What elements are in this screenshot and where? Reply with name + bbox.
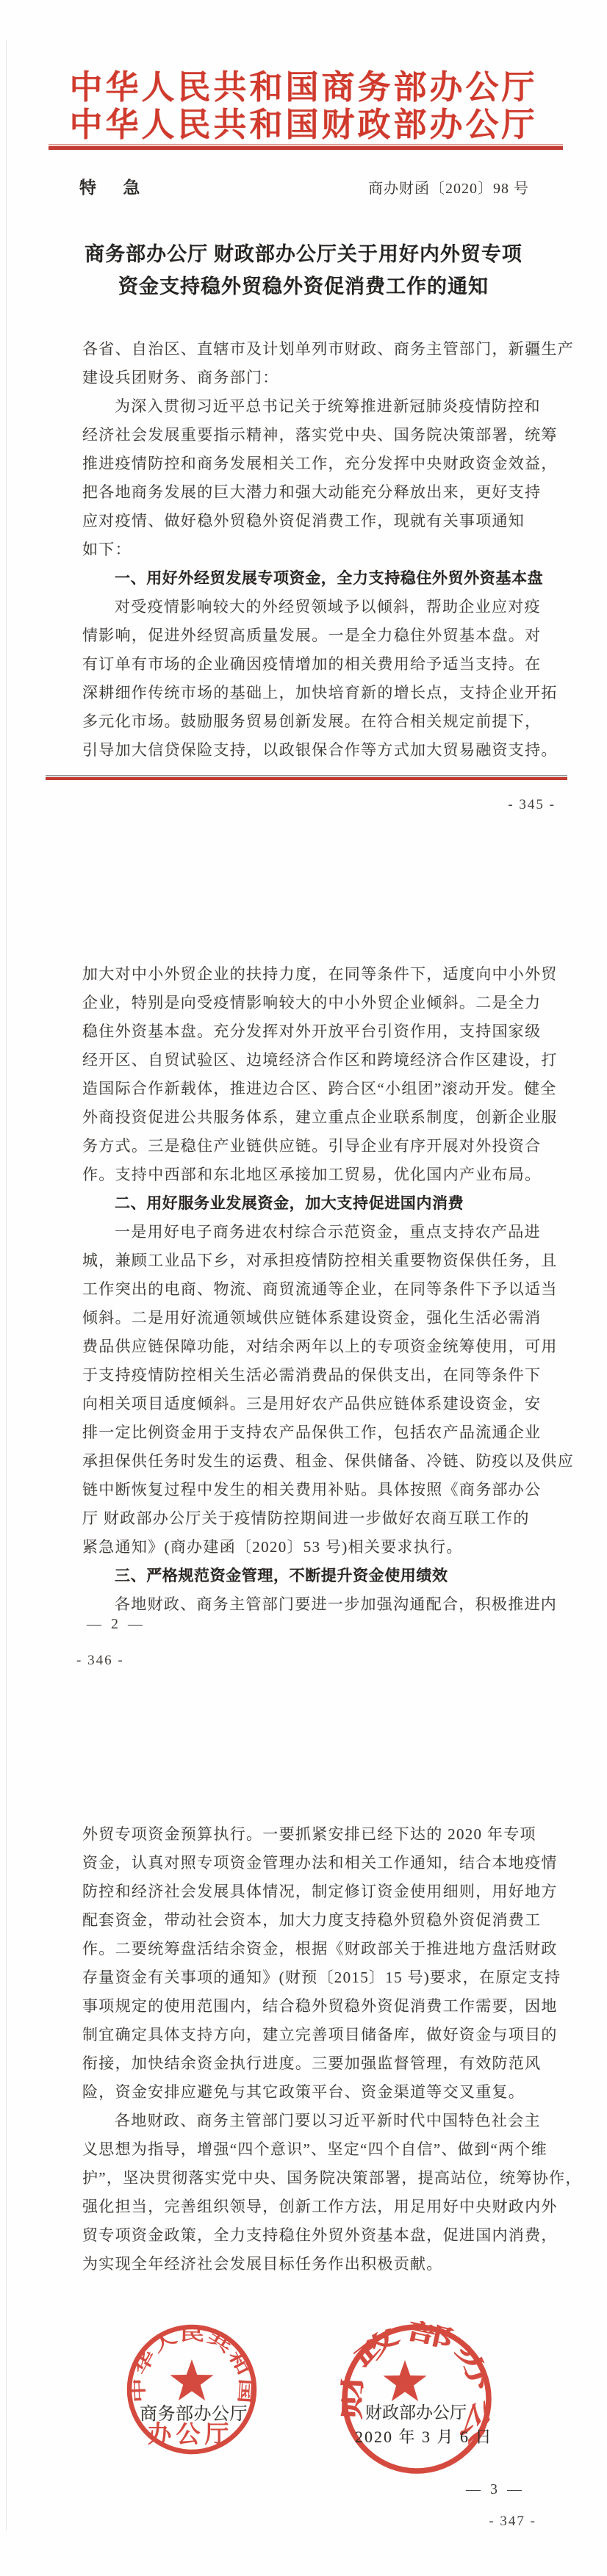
masthead-line-1: 中华人民共和国商务部办公厅: [0, 69, 607, 107]
scan-edge-artifact: [6, 40, 7, 2530]
doc-page-number-3: — 3 —: [466, 2481, 525, 2498]
text-line: 排一定比例资金用于支持农产品保供工作，包括农产品流通企业: [82, 1418, 556, 1447]
text-line: 配套资金，带动社会资本，加大力度支持稳外贸稳外资促消费工: [82, 1906, 556, 1935]
text-line: 工作突出的电商、物流、商贸流通等企业，在同等条件下予以适当: [82, 1275, 556, 1304]
body-sheet-2: 加大对中小外贸企业的扶持力度，在同等条件下，适度向中小外贸企业，特别是向受疫情影…: [82, 960, 556, 1619]
text-line: 于支持疫情防控相关生活必需消费品的保供支出，在同等条件下: [82, 1361, 556, 1390]
text-line: 事项规定的使用范围内，结合稳外贸稳外资促消费工作需要，因地: [82, 1992, 556, 2021]
signature-mofcom-office: 商务部办公厅: [140, 2399, 248, 2425]
title-line-2: 资金支持稳外贸稳外资促消费工作的通知: [0, 270, 607, 303]
text-line: 厅 财政部办公厅关于疫情防控期间进一步做好农商互联工作的: [82, 1504, 556, 1533]
text-line: 稳住外资基本盘。充分发挥对外开放平台引资作用，支持国家级: [82, 1017, 556, 1046]
text-line: 经济社会发展重要指示精神，落实党中央、国务院决策部署，统筹: [82, 421, 556, 450]
text-line: 链中断恢复过程中发生的相关费用补贴。具体按照《商务部办公: [82, 1476, 556, 1504]
masthead-rule: [49, 144, 563, 150]
text-line: 把各地商务发展的巨大潜力和强大动能充分释放出来，更好支持: [82, 478, 556, 507]
text-line: 有订单有市场的企业确因疫情增加的相关费用给予适当支持。在: [82, 650, 556, 679]
masthead-line-2: 中华人民共和国财政部办公厅: [0, 107, 607, 144]
text-line: 承担保供任务时发生的运费、租金、保供储备、冷链、防疫以及供应: [82, 1447, 556, 1476]
text-line: 强化担当，完善组织领导，创新工作方法，用足用好中央财政内外: [82, 2193, 556, 2221]
document-title: 商务部办公厅 财政部办公厅关于用好内外贸专项 资金支持稳外贸稳外资促消费工作的通…: [0, 238, 607, 303]
text-line: 深耕细作传统市场的基础上，加快培育新的增长点，支持企业开拓: [82, 679, 556, 707]
text-line: 衔接，加快结余资金执行进度。三要加强监督管理，有效防范风: [82, 2049, 556, 2078]
text-line: 引导加大信贷保险支持，以政银保合作等方式加大贸易融资支持。: [82, 736, 556, 765]
text-line: 情影响，促进外经贸高质量发展。一是全力稳住外贸基本盘。对: [82, 621, 556, 650]
body-sheet-1: 各省、自治区、直辖市及计划单列市财政、商务主管部门，新疆生产建设兵团财务、商务部…: [82, 335, 556, 765]
volume-page-number-346: - 346 -: [76, 1653, 124, 1669]
mofcom-office-seal: 中华人民共和国商务部 办公厅: [122, 2320, 262, 2458]
text-line: 各地财政、商务主管部门要以习近平新时代中国特色社会主: [82, 2107, 556, 2135]
volume-page-number-347: - 347 -: [489, 2514, 536, 2530]
text-line: 建设兵团财务、商务部门：: [82, 364, 556, 392]
scanned-official-document: 中华人民共和国商务部办公厅 中华人民共和国财政部办公厅 特 急 商办财函〔202…: [0, 0, 607, 2576]
text-line: 造国际合作新载体，推进边合区、跨合区“小组团”滚动开发。健全: [82, 1075, 556, 1103]
document-number: 商办财函〔2020〕98 号: [368, 176, 529, 198]
text-line: 为实现全年经济社会发展目标任务作出积极贡献。: [82, 2250, 556, 2279]
masthead: 中华人民共和国商务部办公厅 中华人民共和国财政部办公厅: [0, 69, 607, 144]
sheet-bottom-rule: [46, 775, 567, 780]
text-line: 向相关项目适度倾斜。三是用好农产品供应链体系建设资金，安: [82, 1390, 556, 1418]
text-line: 险，资金安排应避免与其它政策平台、资金渠道等交叉重复。: [82, 2078, 556, 2107]
text-line: 资金，认真对照专项资金管理办法和相关工作通知，结合本地疫情: [82, 1849, 556, 1877]
text-line: 外商投资促进公共服务体系，建立重点企业联系制度，创新企业服: [82, 1103, 556, 1132]
title-line-1: 商务部办公厅 财政部办公厅关于用好内外贸专项: [0, 238, 607, 270]
signature-mof-office: 财政部办公厅: [365, 2399, 467, 2423]
body-sheet-3: 外贸专项资金预算执行。一要抓紧安排已经下达的 2020 年专项资金，认真对照专项…: [82, 1820, 556, 2279]
text-line: 一、用好外经贸发展专项资金，全力支持稳住外贸外资基本盘: [82, 564, 556, 593]
text-line: 应对疫情、做好稳外贸稳外资促消费工作，现就有关事项通知: [82, 507, 556, 535]
text-line: 为深入贯彻习近平总书记关于统筹推进新冠肺炎疫情防控和: [82, 392, 556, 421]
signature-date: 2020 年 3 月 6 日: [355, 2425, 493, 2447]
doc-page-number-2: — 2 —: [87, 1616, 146, 1633]
text-line: 各省、自治区、直辖市及计划单列市财政、商务主管部门，新疆生产: [82, 335, 556, 364]
text-line: 防控和经济社会发展具体情况，制定修订资金使用细则，用好地方: [82, 1877, 556, 1906]
text-line: 二、用好服务业发展资金，加大支持促进国内消费: [82, 1189, 556, 1218]
text-line: 紧急通知》(商办建函〔2020〕53 号)相关要求执行。: [82, 1533, 556, 1562]
text-line: 一是用好电子商务进农村综合示范资金，重点支持农产品进: [82, 1218, 556, 1246]
meta-row: 特 急 商办财函〔2020〕98 号: [79, 174, 529, 198]
text-line: 推进疫情防控和商务发展相关工作，充分发挥中央财政资金效益，: [82, 450, 556, 478]
text-line: 义思想为指导，增强“四个意识”、坚定“四个自信”、做到“两个维: [82, 2135, 556, 2164]
text-line: 外贸专项资金预算执行。一要抓紧安排已经下达的 2020 年专项: [82, 1820, 556, 1849]
text-line: 存量资金有关事项的通知》(财预〔2015〕15 号)要求，在原定支持: [82, 1963, 556, 1992]
urgency-label: 特 急: [79, 174, 151, 198]
text-line: 贸专项资金政策，全力支持稳住外贸外资基本盘，促进国内消费，: [82, 2221, 556, 2250]
seal-star-icon: [384, 2360, 427, 2401]
text-line: 作。二要统筹盘活结余资金，根据《财政部关于推进地方盘活财政: [82, 1935, 556, 1963]
text-line: 务方式。三是稳住产业链供应链。引导企业有序开展对外投资合: [82, 1132, 556, 1161]
text-line: 费品供应链保障功能，对结余两年以上的专项资金统筹使用，可用: [82, 1332, 556, 1361]
seal-star-icon: [170, 2359, 214, 2400]
text-line: 多元化市场。鼓励服务贸易创新发展。在符合相关规定前提下，: [82, 707, 556, 736]
text-line: 制宜确定具体支持方向，建立完善项目储备库，做好资金与项目的: [82, 2021, 556, 2049]
volume-page-number-345: - 345 -: [508, 797, 556, 813]
text-line: 作。支持中西部和东北地区承接加工贸易，优化国内产业布局。: [82, 1161, 556, 1189]
text-line: 如下：: [82, 535, 556, 564]
text-line: 加大对中小外贸企业的扶持力度，在同等条件下，适度向中小外贸: [82, 960, 556, 989]
text-line: 经开区、自贸试验区、边境经济合作区和跨境经济合作区建设，打: [82, 1046, 556, 1075]
text-line: 各地财政、商务主管部门要进一步加强沟通配合，积极推进内: [82, 1590, 556, 1619]
text-line: 对受疫情影响较大的外经贸领域予以倾斜，帮助企业应对疫: [82, 593, 556, 621]
text-line: 三、严格规范资金管理，不断提升资金使用绩效: [82, 1562, 556, 1590]
text-line: 企业，特别是向受疫情影响较大的中小外贸企业倾斜。二是全力: [82, 989, 556, 1017]
text-line: 城，兼顾工业品下乡，对承担疫情防控相关重要物资保供任务，且: [82, 1246, 556, 1275]
text-line: 倾斜。二是用好流通领域供应链体系建设资金，强化生活必需消: [82, 1304, 556, 1332]
text-line: 护”，坚决贯彻落实党中央、国务院决策部署，提高站位，统筹协作，: [82, 2164, 556, 2193]
